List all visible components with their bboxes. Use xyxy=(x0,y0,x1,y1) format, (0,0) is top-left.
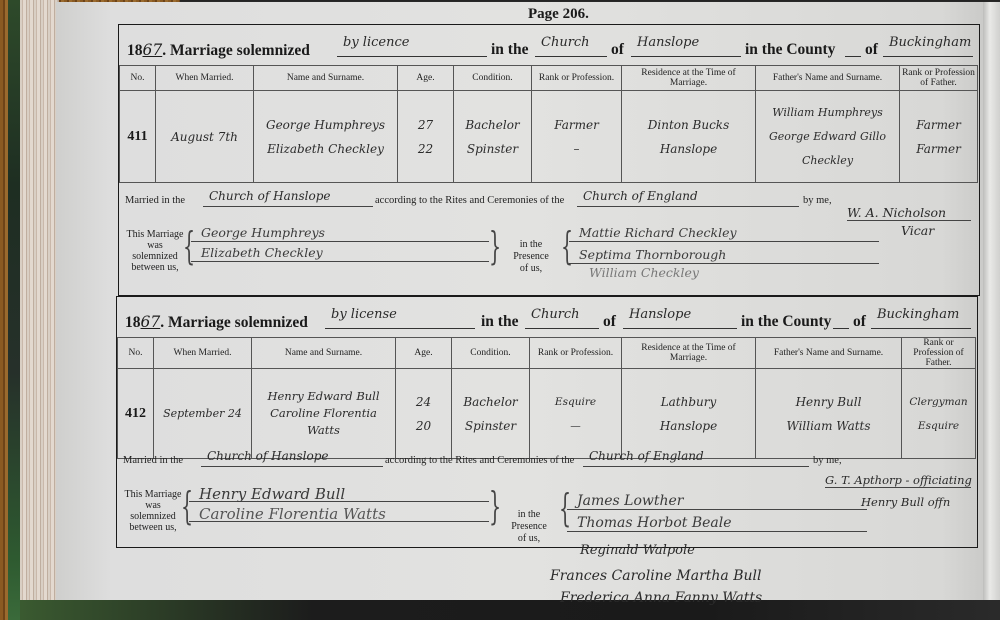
col-when-married: When Married. xyxy=(154,338,252,369)
label-line: of us, xyxy=(501,263,561,275)
label-line: This Marriage xyxy=(123,229,187,240)
professions-cell: Farmer– xyxy=(532,91,622,183)
county-label: in the County xyxy=(745,41,835,59)
county-label: in the County xyxy=(741,313,831,331)
church-type: Church xyxy=(535,35,607,57)
bride-name: Elizabeth Checkley xyxy=(255,137,396,161)
father-professions-cell: FarmerFarmer xyxy=(900,91,978,183)
bride-name: Caroline Florentia Watts xyxy=(253,405,394,439)
label-line: This Marriage xyxy=(121,489,185,500)
bride-condition: Spinster xyxy=(455,137,530,161)
this-marriage-label: This Marriage was solemnized between us, xyxy=(121,489,185,533)
entry-number: 412 xyxy=(118,369,154,459)
col-no: No. xyxy=(120,66,156,91)
presence-label: in the Presence of us, xyxy=(499,509,559,545)
residences-cell: Dinton BucksHanslope xyxy=(622,91,756,183)
groom-age: 27 xyxy=(399,113,452,137)
church-type: Church xyxy=(525,307,599,329)
county-blank xyxy=(845,35,861,57)
col-father-profession: Rank or Profession of Father. xyxy=(902,338,976,369)
marriage-entry-411: 1867. Marriage solemnized by licence in … xyxy=(118,24,980,296)
conditions-cell: BachelorSpinster xyxy=(452,369,530,459)
table-header-row: No. When Married. Name and Surname. Age.… xyxy=(118,338,976,369)
groom-name: Henry Edward Bull xyxy=(253,388,394,405)
groom-father: Henry Bull xyxy=(757,390,900,414)
according-to-label: according to the Rites and Ceremonies of… xyxy=(385,455,574,466)
bride-residence: Hanslope xyxy=(623,414,754,438)
witness-1: Mattie Richard Checkley xyxy=(569,225,879,242)
table-header-row: No. When Married. Name and Surname. Age.… xyxy=(120,66,978,91)
conditions-cell: BachelorSpinster xyxy=(454,91,532,183)
witness-2: Septima Thornborough xyxy=(569,247,879,264)
col-age: Age. xyxy=(398,66,454,91)
witness-1: James Lowther xyxy=(567,493,867,510)
col-father-profession: Rank or Profession of Father. xyxy=(900,66,978,91)
col-no: No. xyxy=(118,338,154,369)
bride-condition: Spinster xyxy=(453,414,528,438)
married-in-label: Married in the xyxy=(123,455,183,466)
year-suffix: 67 xyxy=(143,41,163,59)
groom-name: George Humphreys xyxy=(255,113,396,137)
year-prefix: 18 xyxy=(125,314,141,331)
names-cell: George HumphreysElizabeth Checkley xyxy=(254,91,398,183)
label-line: was xyxy=(123,240,187,251)
fathers-cell: Henry BullWilliam Watts xyxy=(756,369,902,459)
bride-father-profession: Esquire xyxy=(903,414,974,438)
year-suffix: 67 xyxy=(141,313,161,331)
table-row: 412 September 24 Henry Edward BullCaroli… xyxy=(118,369,976,459)
label-line: Presence xyxy=(499,521,559,533)
witness-2: Thomas Horbot Beale xyxy=(567,515,867,532)
marriage-entry-412: 1867. Marriage solemnized by license in … xyxy=(116,296,978,548)
of-label: of xyxy=(603,313,616,331)
label-line: solemnized xyxy=(123,251,187,262)
col-residence: Residence at the Time of Marriage. xyxy=(622,338,756,369)
groom-residence: Dinton Bucks xyxy=(623,113,754,137)
page-stack-edges xyxy=(20,0,59,610)
by-me-label: by me, xyxy=(813,455,842,466)
names-cell: Henry Edward BullCaroline Florentia Watt… xyxy=(252,369,396,459)
married-in-value: Church of Hanslope xyxy=(201,449,383,467)
solemnized-by: by license xyxy=(325,307,475,329)
county-of-label: of xyxy=(853,313,866,331)
solemnized-by: by licence xyxy=(337,35,487,57)
witness-3: Reginald Walpole xyxy=(580,543,695,558)
label-line: Presence xyxy=(501,251,561,263)
entry-header: 1867. Marriage solemnized by license in … xyxy=(125,307,970,335)
label-line: of us, xyxy=(499,533,559,545)
book-cover-bottom xyxy=(20,600,1000,620)
according-to-label: according to the Rites and Ceremonies of… xyxy=(375,195,564,206)
col-father-name: Father's Name and Surname. xyxy=(756,66,900,91)
county: Buckingham xyxy=(871,307,971,329)
entry-number: 411 xyxy=(120,91,156,183)
col-condition: Condition. xyxy=(452,338,530,369)
father-professions-cell: ClergymanEsquire xyxy=(902,369,976,459)
entry-header: 1867. Marriage solemnized by licence in … xyxy=(127,35,972,63)
col-condition: Condition. xyxy=(454,66,532,91)
table-row: 411 August 7th George HumphreysElizabeth… xyxy=(120,91,978,183)
label-line: was xyxy=(121,500,185,511)
fathers-cell: William HumphreysGeorge Edward Gillo Che… xyxy=(756,91,900,183)
additional-witness-2: Frederica Anna Fanny Watts xyxy=(560,590,762,606)
in-the-label: in the xyxy=(481,313,518,331)
groom-father-profession: Farmer xyxy=(901,113,976,137)
label-line: in the xyxy=(499,509,559,521)
groom-profession: Farmer xyxy=(533,113,620,137)
officiant-signature: W. A. Nicholson xyxy=(847,205,971,221)
married-in-line: Married in the Church of Hanslope accord… xyxy=(125,189,970,209)
bride-residence: Hanslope xyxy=(623,137,754,161)
this-marriage-label: This Marriage was solemnized between us, xyxy=(123,229,187,273)
marriage-solemnized-label: . Marriage solemnized xyxy=(162,42,310,59)
col-name: Name and Surname. xyxy=(254,66,398,91)
col-profession: Rank or Profession. xyxy=(530,338,622,369)
label-line: between us, xyxy=(123,262,187,273)
bride-age: 20 xyxy=(397,414,450,438)
by-me-label: by me, xyxy=(803,195,832,206)
rites-of-value: Church of England xyxy=(583,449,809,467)
officiant-title: Henry Bull offn xyxy=(861,495,950,509)
residences-cell: LathburyHanslope xyxy=(622,369,756,459)
col-father-name: Father's Name and Surname. xyxy=(756,338,902,369)
right-brace: } xyxy=(489,227,501,265)
col-profession: Rank or Profession. xyxy=(532,66,622,91)
witness-3: William Checkley xyxy=(579,265,759,282)
professions-cell: Esquire— xyxy=(530,369,622,459)
groom-profession: Esquire xyxy=(531,390,620,414)
married-in-line: Married in the Church of Hanslope accord… xyxy=(123,449,968,469)
county-blank xyxy=(833,307,849,329)
married-in-value: Church of Hanslope xyxy=(203,189,373,207)
additional-witness-1: Frances Caroline Martha Bull xyxy=(550,568,762,584)
in-the-label: in the xyxy=(491,41,528,59)
col-residence: Residence at the Time of Marriage. xyxy=(622,66,756,91)
bride-profession: – xyxy=(533,137,620,161)
officiant-signature: G. T. Apthorp - officiating xyxy=(825,473,971,488)
bride-signature: Caroline Florentia Watts xyxy=(189,505,489,522)
when-married: August 7th xyxy=(156,91,254,183)
ages-cell: 2722 xyxy=(398,91,454,183)
county-of-label: of xyxy=(865,41,878,59)
parish: Hanslope xyxy=(631,35,741,57)
groom-signature: George Humphreys xyxy=(191,225,489,242)
groom-condition: Bachelor xyxy=(453,390,528,414)
page-number: Page 206. xyxy=(528,6,589,23)
bride-signature: Elizabeth Checkley xyxy=(191,245,489,262)
bride-father: William Watts xyxy=(757,414,900,438)
label-line: between us, xyxy=(121,522,185,533)
married-in-label: Married in the xyxy=(125,195,185,206)
bride-father-profession: Farmer xyxy=(901,137,976,161)
parish: Hanslope xyxy=(623,307,737,329)
label-line: solemnized xyxy=(121,511,185,522)
groom-condition: Bachelor xyxy=(455,113,530,137)
page-gutter xyxy=(983,2,1000,600)
year-prefix: 18 xyxy=(127,42,143,59)
when-married: September 24 xyxy=(154,369,252,459)
rites-of-value: Church of England xyxy=(577,189,799,207)
groom-age: 24 xyxy=(397,390,450,414)
bride-father: George Edward Gillo Checkley xyxy=(757,125,898,173)
register-table: No. When Married. Name and Surname. Age.… xyxy=(119,65,978,183)
groom-signature: Henry Edward Bull xyxy=(189,485,489,502)
bride-profession: — xyxy=(531,414,620,438)
col-when-married: When Married. xyxy=(156,66,254,91)
groom-father: William Humphreys xyxy=(757,101,898,125)
officiant-title: Vicar xyxy=(901,223,934,238)
bride-age: 22 xyxy=(399,137,452,161)
register-table: No. When Married. Name and Surname. Age.… xyxy=(117,337,976,459)
presence-label: in the Presence of us, xyxy=(501,239,561,275)
of-label: of xyxy=(611,41,624,59)
marriage-solemnized-label: . Marriage solemnized xyxy=(160,314,308,331)
ages-cell: 2420 xyxy=(396,369,452,459)
col-name: Name and Surname. xyxy=(252,338,396,369)
label-line: in the xyxy=(501,239,561,251)
groom-residence: Lathbury xyxy=(623,390,754,414)
col-age: Age. xyxy=(396,338,452,369)
groom-father-profession: Clergyman xyxy=(903,390,974,414)
county: Buckingham xyxy=(883,35,973,57)
